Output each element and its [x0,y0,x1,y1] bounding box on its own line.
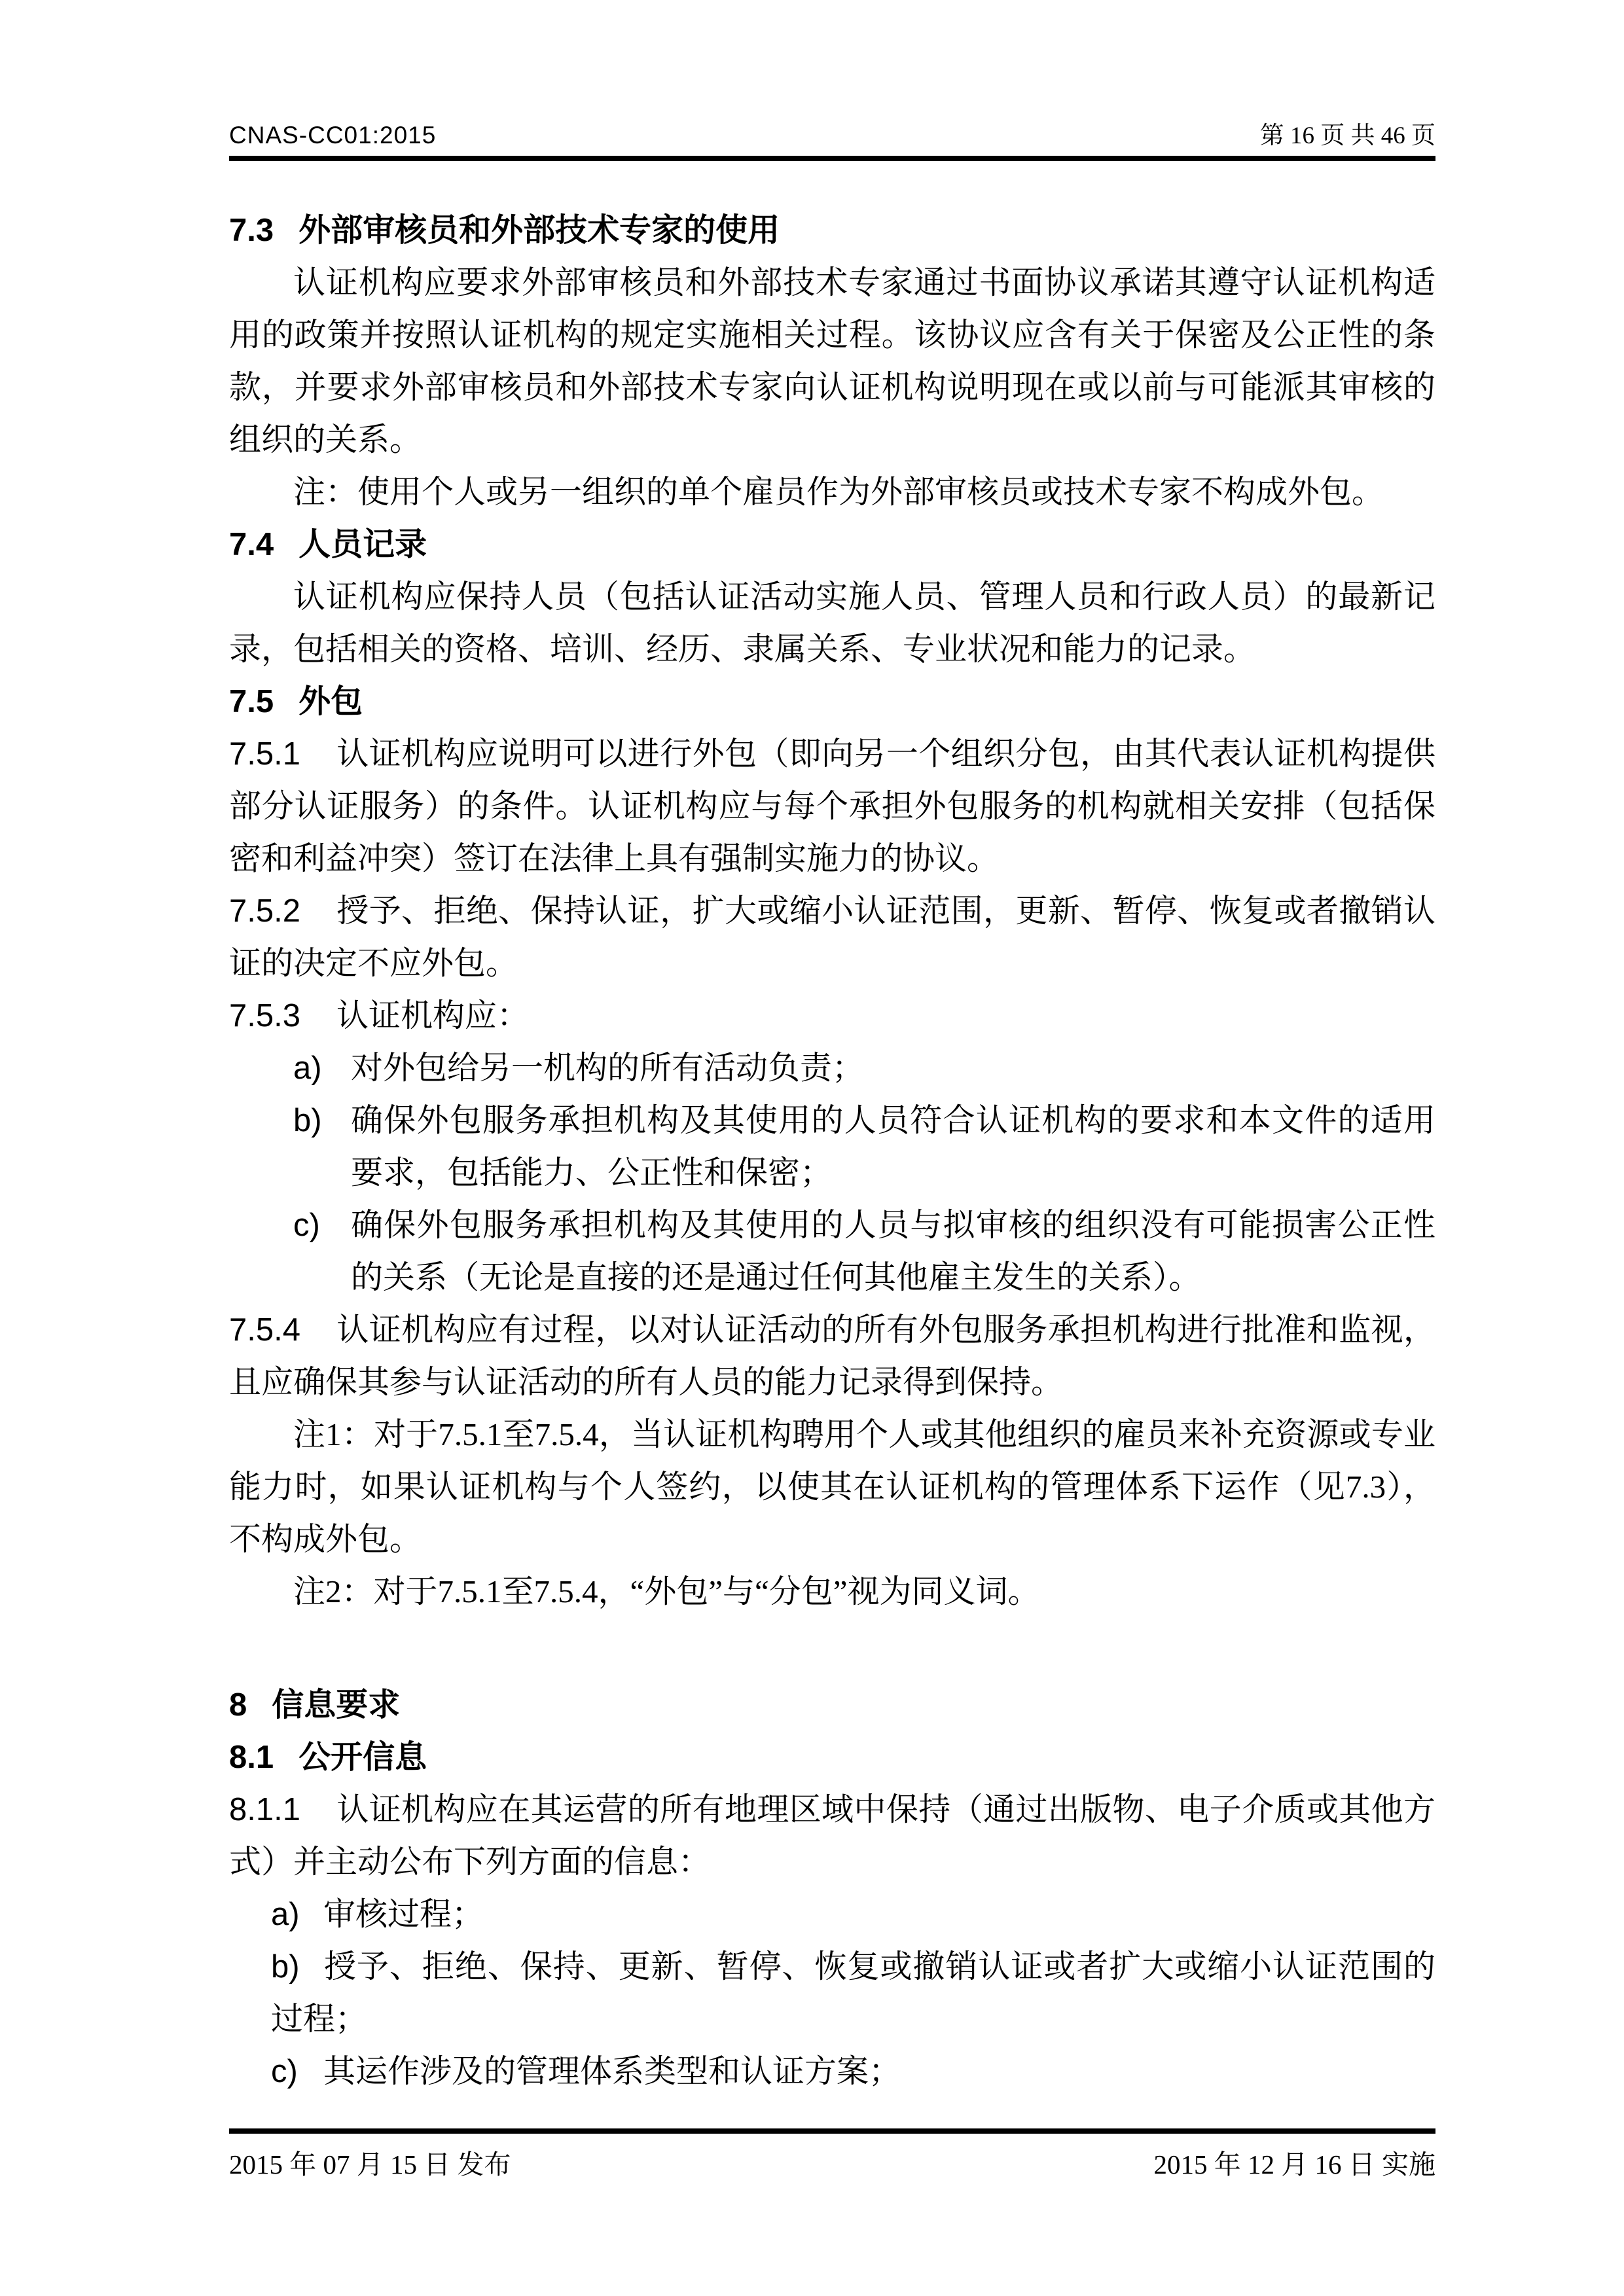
page-number-indicator: 第 16 页 共 46 页 [1260,115,1435,151]
page-footer: 2015 年 07 月 15 日 发布 2015 年 12 月 16 日 实施 [229,2128,1435,2181]
clause-text: 认证机构应有过程，以对认证活动的所有外包服务承担机构进行批准和监视，且应确保其参… [229,1312,1435,1400]
heading-8: 8信息要求 [229,1679,1435,1731]
heading-8-1: 8.1公开信息 [229,1731,1435,1784]
section-title: 人员记录 [298,527,427,562]
clause-text: 授予、拒绝、保持认证，扩大或缩小认证范围，更新、暂停、恢复或者撤销认证的决定不应… [229,893,1435,981]
list-item-text: 确保外包服务承担机构及其使用的人员符合认证机构的要求和本文件的适用要求，包括能力… [351,1102,1435,1191]
section-number: 7.4 [229,527,274,562]
section-title: 外包 [298,684,363,719]
clause-7-5-3: 7.5.3认证机构应： [229,990,1435,1042]
list-marker: c) [271,2045,323,2098]
clause-number: 7.5.1 [229,736,300,772]
document-body: 7.3外部审核员和外部技术专家的使用 认证机构应要求外部审核员和外部技术专家通过… [229,204,1435,2098]
list-item-text: 其运作涉及的管理体系类型和认证方案； [323,2053,901,2089]
note-1: 注1：对于7.5.1至7.5.4，当认证机构聘用个人或其他组织的雇员来补充资源或… [229,1408,1435,1566]
document-code: CNAS-CC01:2015 [229,122,436,149]
section-title: 公开信息 [298,1740,427,1775]
list-item-7-5-3-b: b)确保外包服务承担机构及其使用的人员符合认证机构的要求和本文件的适用要求，包括… [229,1094,1435,1199]
list-item-8-1-1-a: a)审核过程； [229,1888,1435,1941]
list-item-text: 对外包给另一机构的所有活动负责； [351,1050,864,1086]
clause-number: 7.5.2 [229,893,300,929]
clause-7-5-1: 7.5.1认证机构应说明可以进行外包（即向另一个组织分包，由其代表认证机构提供部… [229,728,1435,885]
list-item-7-5-3-a: a)对外包给另一机构的所有活动负责； [229,1042,1435,1094]
list-item-text: 确保外包服务承担机构及其使用的人员与拟审核的组织没有可能损害公正性的关系（无论是… [351,1207,1435,1295]
page-header: CNAS-CC01:2015 第 16 页 共 46 页 [229,115,1435,161]
section-title: 外部审核员和外部技术专家的使用 [298,213,780,248]
section-number: 8.1 [229,1740,274,1775]
list-item-8-1-1-b: b)授予、拒绝、保持、更新、暂停、恢复或撤销认证或者扩大或缩小认证范围的过程； [229,1941,1435,2045]
clause-7-5-2: 7.5.2授予、拒绝、保持认证，扩大或缩小认证范围，更新、暂停、恢复或者撤销认证… [229,885,1435,990]
clause-number: 8.1.1 [229,1792,300,1827]
clause-7-5-4: 7.5.4认证机构应有过程，以对认证活动的所有外包服务承担机构进行批准和监视，且… [229,1304,1435,1408]
list-marker: c) [293,1199,320,1251]
note-2: 注2：对于7.5.1至7.5.4，“外包”与“分包”视为同义词。 [229,1566,1435,1618]
list-item-text: 审核过程； [323,1896,484,1932]
list-item-8-1-1-c: c)其运作涉及的管理体系类型和认证方案； [229,2045,1435,2098]
list-item-text: 授予、拒绝、保持、更新、暂停、恢复或撤销认证或者扩大或缩小认证范围的过程； [271,1948,1435,2037]
clause-number: 7.5.3 [229,998,300,1033]
heading-7-5: 7.5外包 [229,675,1435,728]
clause-number: 7.5.4 [229,1312,300,1348]
list-marker: b) [271,1941,323,1993]
effective-date: 2015 年 12 月 16 日 实施 [1154,2143,1436,2181]
section-number: 8 [229,1687,247,1723]
publish-date: 2015 年 07 月 15 日 发布 [229,2143,511,2181]
clause-text: 认证机构应： [336,997,529,1033]
section-number: 7.5 [229,684,274,719]
heading-7-3: 7.3外部审核员和外部技术专家的使用 [229,204,1435,257]
list-marker: a) [293,1042,322,1094]
clause-text: 认证机构应在其运营的所有地理区域中保持（通过出版物、电子介质或其他方式）并主动公… [229,1791,1435,1880]
list-item-7-5-3-c: c)确保外包服务承担机构及其使用的人员与拟审核的组织没有可能损害公正性的关系（无… [229,1199,1435,1304]
list-marker: a) [271,1888,323,1941]
list-marker: b) [293,1094,322,1147]
heading-7-4: 7.4人员记录 [229,518,1435,571]
document-page: CNAS-CC01:2015 第 16 页 共 46 页 7.3外部审核员和外部… [0,0,1624,2296]
clause-8-1-1: 8.1.1认证机构应在其运营的所有地理区域中保持（通过出版物、电子介质或其他方式… [229,1784,1435,1888]
clause-text: 认证机构应说明可以进行外包（即向另一个组织分包，由其代表认证机构提供部分认证服务… [229,736,1435,876]
paragraph-7-4: 认证机构应保持人员（包括认证活动实施人员、管理人员和行政人员）的最新记录，包括相… [229,571,1435,675]
section-number: 7.3 [229,213,274,248]
section-title: 信息要求 [272,1687,400,1723]
paragraph-7-3: 认证机构应要求外部审核员和外部技术专家通过书面协议承诺其遵守认证机构适用的政策并… [229,257,1435,466]
note-7-3: 注：使用个人或另一组织的单个雇员作为外部审核员或技术专家不构成外包。 [229,466,1435,518]
